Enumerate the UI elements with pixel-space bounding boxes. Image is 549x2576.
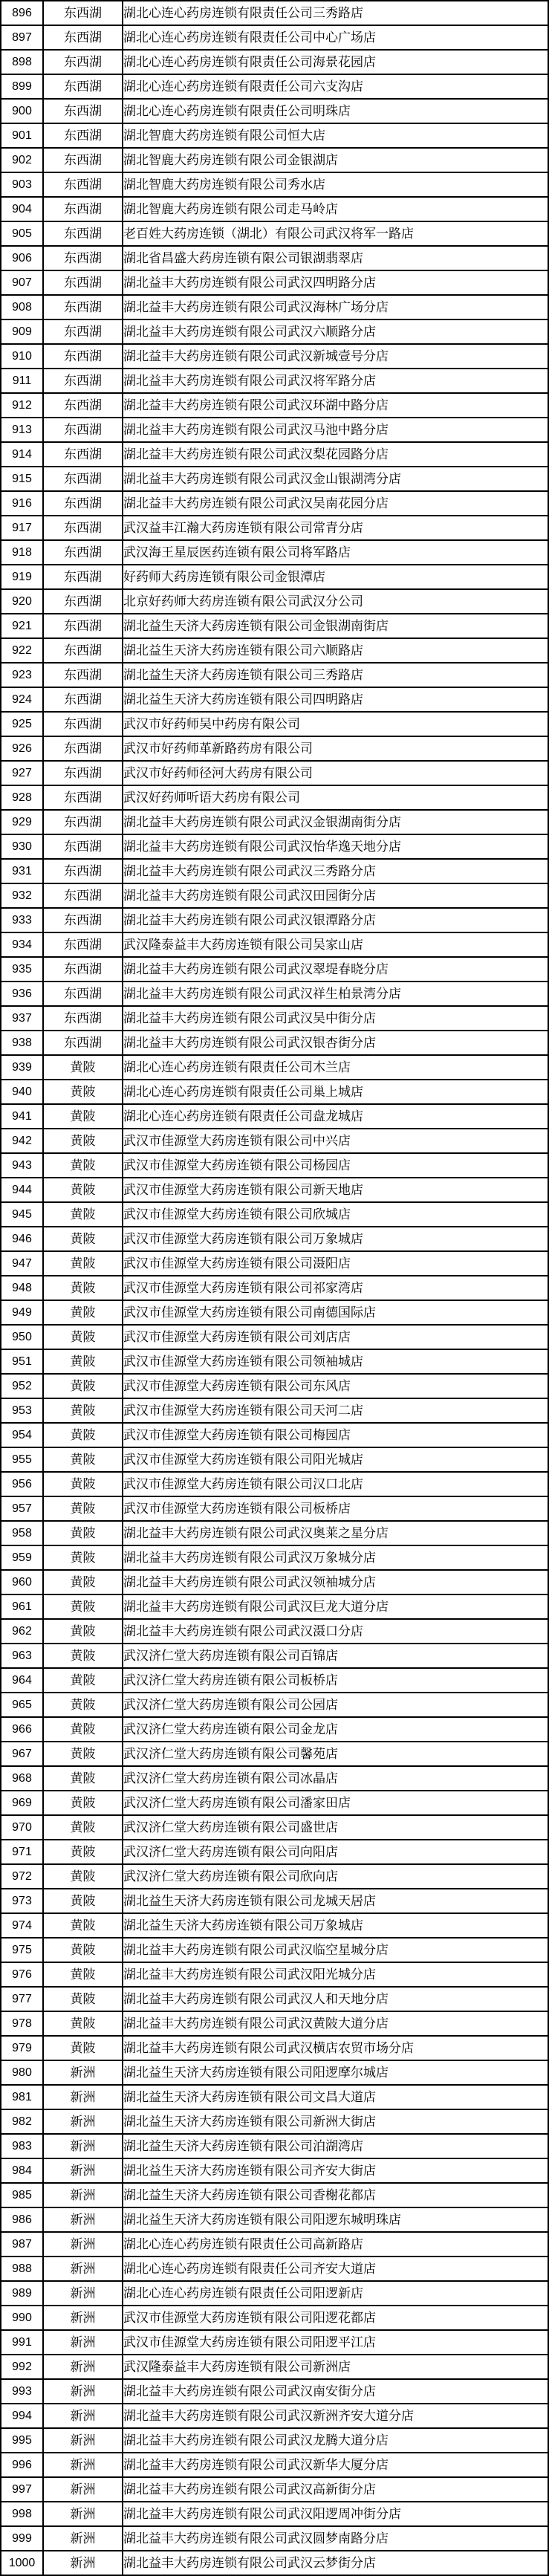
table-row: 916 东西湖 湖北益丰大药房连锁有限公司武汉吴南花园分店: [1, 491, 548, 516]
pharmacy-name-cell: 武汉市佳源堂大药房连锁有限公司天河二店: [123, 1398, 548, 1423]
row-number-cell: 961: [1, 1594, 43, 1619]
table-row: 911 东西湖 湖北益丰大药房连锁有限公司武汉将军路分店: [1, 369, 548, 393]
row-number-cell: 922: [1, 638, 43, 663]
table-row: 901 东西湖 湖北智鹿大药房连锁有限公司恒大店: [1, 123, 548, 148]
row-number-cell: 951: [1, 1349, 43, 1374]
row-number-cell: 927: [1, 761, 43, 785]
row-number-cell: 910: [1, 344, 43, 369]
district-cell: 东西湖: [43, 172, 123, 197]
table-row: 944 黄陂 武汉市佳源堂大药房连锁有限公司新天地店: [1, 1178, 548, 1202]
pharmacy-name-cell: 湖北益丰大药房连锁有限公司武汉滠口分店: [123, 1619, 548, 1644]
pharmacy-name-cell: 湖北智鹿大药房连锁有限公司秀水店: [123, 172, 548, 197]
pharmacy-name-cell: 好药师大药房连锁有限公司金银潭店: [123, 565, 548, 589]
district-cell: 东西湖: [43, 785, 123, 810]
district-cell: 黄陂: [43, 1717, 123, 1742]
district-cell: 新洲: [43, 2379, 123, 2404]
district-cell: 东西湖: [43, 221, 123, 246]
district-cell: 东西湖: [43, 736, 123, 761]
district-cell: 黄陂: [43, 1545, 123, 1570]
district-cell: 东西湖: [43, 1031, 123, 1055]
pharmacy-name-cell: 湖北益丰大药房连锁有限公司武汉阳逻周冲街分店: [123, 2502, 548, 2526]
district-cell: 黄陂: [43, 1668, 123, 1693]
table-row: 935 东西湖 湖北益丰大药房连锁有限公司武汉翠堤春晓分店: [1, 957, 548, 982]
district-cell: 新洲: [43, 2232, 123, 2257]
district-cell: 黄陂: [43, 1815, 123, 1840]
table-row: 990 新洲 武汉市佳源堂大药房连锁有限公司阳逻花都店: [1, 2306, 548, 2330]
table-row: 910 东西湖 湖北益丰大药房连锁有限公司武汉新城壹号分店: [1, 344, 548, 369]
pharmacy-name-cell: 湖北益丰大药房连锁有限公司武汉四明路分店: [123, 270, 548, 295]
pharmacy-name-cell: 湖北心连心药房连锁有限责任公司盘龙城店: [123, 1104, 548, 1129]
pharmacy-name-cell: 湖北益生天济大药房连锁有限公司四明路店: [123, 687, 548, 712]
pharmacy-name-cell: 湖北益生天济大药房连锁有限公司三秀路店: [123, 663, 548, 687]
table-row: 948 黄陂 武汉市佳源堂大药房连锁有限公司祁家湾店: [1, 1276, 548, 1300]
row-number-cell: 985: [1, 2183, 43, 2207]
district-cell: 东西湖: [43, 687, 123, 712]
pharmacy-name-cell: 湖北益丰大药房连锁有限公司武汉翠堤春晓分店: [123, 957, 548, 982]
district-cell: 东西湖: [43, 99, 123, 123]
pharmacy-name-cell: 湖北省昌盛大药房连锁有限公司银湖翡翠店: [123, 246, 548, 270]
pharmacy-name-cell: 武汉市佳源堂大药房连锁有限公司杨园店: [123, 1153, 548, 1178]
pharmacy-name-cell: 武汉市佳源堂大药房连锁有限公司新天地店: [123, 1178, 548, 1202]
district-cell: 东西湖: [43, 565, 123, 589]
district-cell: 东西湖: [43, 319, 123, 344]
table-row: 905 东西湖 老百姓大药房连锁（湖北）有限公司武汉将军一路店: [1, 221, 548, 246]
row-number-cell: 974: [1, 1913, 43, 1938]
table-row: 918 东西湖 武汉海王星辰医药连锁有限公司将军路店: [1, 540, 548, 565]
pharmacy-name-cell: 武汉市佳源堂大药房连锁有限公司南德国际店: [123, 1300, 548, 1325]
pharmacy-name-cell: 武汉市佳源堂大药房连锁有限公司阳逻平江店: [123, 2330, 548, 2355]
table-row: 994 新洲 湖北益丰大药房连锁有限公司武汉新洲齐安大道分店: [1, 2404, 548, 2428]
table-row: 969 黄陂 武汉济仁堂大药房连锁有限公司潘家田店: [1, 1791, 548, 1815]
row-number-cell: 949: [1, 1300, 43, 1325]
pharmacy-name-cell: 武汉市佳源堂大药房连锁有限公司万象城店: [123, 1227, 548, 1251]
pharmacy-name-cell: 武汉海王星辰医药连锁有限公司将军路店: [123, 540, 548, 565]
table-row: 992 新洲 武汉隆泰益丰大药房连锁有限公司新洲店: [1, 2355, 548, 2379]
table-row: 904 东西湖 湖北智鹿大药房连锁有限公司走马岭店: [1, 197, 548, 221]
district-cell: 黄陂: [43, 1349, 123, 1374]
row-number-cell: 926: [1, 736, 43, 761]
row-number-cell: 916: [1, 491, 43, 516]
row-number-cell: 994: [1, 2404, 43, 2428]
pharmacy-name-cell: 武汉市佳源堂大药房连锁有限公司板桥店: [123, 1496, 548, 1521]
district-cell: 新洲: [43, 2183, 123, 2207]
district-cell: 黄陂: [43, 1864, 123, 1889]
row-number-cell: 982: [1, 2109, 43, 2134]
pharmacy-name-cell: 湖北益生天济大药房连锁有限公司万象城店: [123, 1913, 548, 1938]
row-number-cell: 929: [1, 810, 43, 834]
pharmacy-name-cell: 湖北心连心药房连锁有限责任公司中心广场店: [123, 25, 548, 50]
table-row: 972 黄陂 武汉济仁堂大药房连锁有限公司欣向店: [1, 1864, 548, 1889]
table-row: 926 东西湖 武汉市好药师革新路药房有限公司: [1, 736, 548, 761]
district-cell: 黄陂: [43, 1791, 123, 1815]
district-cell: 东西湖: [43, 540, 123, 565]
row-number-cell: 902: [1, 148, 43, 172]
pharmacy-name-cell: 湖北益丰大药房连锁有限公司武汉奥莱之星分店: [123, 1521, 548, 1545]
table-row: 976 黄陂 湖北益丰大药房连锁有限公司武汉阳光城分店: [1, 1962, 548, 1987]
district-cell: 新洲: [43, 2085, 123, 2109]
row-number-cell: 921: [1, 614, 43, 638]
table-row: 900 东西湖 湖北心连心药房连锁有限责任公司明珠店: [1, 99, 548, 123]
row-number-cell: 968: [1, 1766, 43, 1791]
row-number-cell: 899: [1, 74, 43, 99]
pharmacy-name-cell: 湖北益丰大药房连锁有限公司武汉万象城分店: [123, 1545, 548, 1570]
district-cell: 新洲: [43, 2502, 123, 2526]
district-cell: 东西湖: [43, 295, 123, 319]
row-number-cell: 952: [1, 1374, 43, 1398]
table-row: 955 黄陂 武汉市佳源堂大药房连锁有限公司阳光城店: [1, 1447, 548, 1472]
table-row: 965 黄陂 武汉济仁堂大药房连锁有限公司公园店: [1, 1693, 548, 1717]
district-cell: 黄陂: [43, 1300, 123, 1325]
district-cell: 黄陂: [43, 1325, 123, 1349]
district-cell: 黄陂: [43, 1055, 123, 1080]
pharmacy-name-cell: 武汉济仁堂大药房连锁有限公司公园店: [123, 1693, 548, 1717]
district-cell: 黄陂: [43, 1104, 123, 1129]
district-cell: 黄陂: [43, 1202, 123, 1227]
row-number-cell: 924: [1, 687, 43, 712]
table-row: 927 东西湖 武汉市好药师径河大药房有限公司: [1, 761, 548, 785]
district-cell: 东西湖: [43, 123, 123, 148]
table-row: 921 东西湖 湖北益生天济大药房连锁有限公司金银湖南街店: [1, 614, 548, 638]
row-number-cell: 983: [1, 2134, 43, 2158]
pharmacy-name-cell: 武汉市佳源堂大药房连锁有限公司刘店店: [123, 1325, 548, 1349]
pharmacy-name-cell: 武汉市佳源堂大药房连锁有限公司东风店: [123, 1374, 548, 1398]
pharmacy-name-cell: 湖北智鹿大药房连锁有限公司恒大店: [123, 123, 548, 148]
row-number-cell: 984: [1, 2158, 43, 2183]
table-row: 988 新洲 湖北心连心药房连锁有限责任公司齐安大道店: [1, 2257, 548, 2281]
district-cell: 东西湖: [43, 25, 123, 50]
district-cell: 黄陂: [43, 1962, 123, 1987]
table-row: 946 黄陂 武汉市佳源堂大药房连锁有限公司万象城店: [1, 1227, 548, 1251]
table-row: 989 新洲 湖北心连心药房连锁有限责任公司阳逻新店: [1, 2281, 548, 2306]
pharmacy-name-cell: 湖北智鹿大药房连锁有限公司走马岭店: [123, 197, 548, 221]
table-row: 897 东西湖 湖北心连心药房连锁有限责任公司中心广场店: [1, 25, 548, 50]
row-number-cell: 955: [1, 1447, 43, 1472]
table-row: 954 黄陂 武汉市佳源堂大药房连锁有限公司梅园店: [1, 1423, 548, 1447]
row-number-cell: 972: [1, 1864, 43, 1889]
pharmacy-name-cell: 武汉济仁堂大药房连锁有限公司板桥店: [123, 1668, 548, 1693]
pharmacy-name-cell: 武汉济仁堂大药房连锁有限公司百锦店: [123, 1644, 548, 1668]
table-row: 908 东西湖 湖北益丰大药房连锁有限公司武汉海林广场分店: [1, 295, 548, 319]
table-row: 930 东西湖 湖北益丰大药房连锁有限公司武汉怡华逸天地分店: [1, 834, 548, 859]
row-number-cell: 975: [1, 1938, 43, 1962]
row-number-cell: 931: [1, 859, 43, 883]
row-number-cell: 995: [1, 2428, 43, 2453]
district-cell: 黄陂: [43, 1594, 123, 1619]
row-number-cell: 986: [1, 2207, 43, 2232]
row-number-cell: 913: [1, 418, 43, 442]
table-row: 1000 新洲 湖北益丰大药房连锁有限公司武汉云梦街分店: [1, 2551, 548, 2575]
pharmacy-name-cell: 湖北益丰大药房连锁有限公司武汉田园街分店: [123, 883, 548, 908]
district-cell: 东西湖: [43, 834, 123, 859]
row-number-cell: 960: [1, 1570, 43, 1594]
table-row: 909 东西湖 湖北益丰大药房连锁有限公司武汉六顺路分店: [1, 319, 548, 344]
table-row: 979 黄陂 湖北益丰大药房连锁有限公司武汉横店农贸市场分店: [1, 2036, 548, 2060]
table-row: 947 黄陂 武汉市佳源堂大药房连锁有限公司滠阳店: [1, 1251, 548, 1276]
pharmacy-name-cell: 湖北益丰大药房连锁有限公司武汉龙腾大道分店: [123, 2428, 548, 2453]
table-row: 938 东西湖 湖北益丰大药房连锁有限公司武汉银杏街分店: [1, 1031, 548, 1055]
table-row: 924 东西湖 湖北益生天济大药房连锁有限公司四明路店: [1, 687, 548, 712]
table-row: 971 黄陂 武汉济仁堂大药房连锁有限公司向阳店: [1, 1840, 548, 1864]
row-number-cell: 957: [1, 1496, 43, 1521]
pharmacy-name-cell: 湖北益生天济大药房连锁有限公司香榭花都店: [123, 2183, 548, 2207]
table-row: 958 黄陂 湖北益丰大药房连锁有限公司武汉奥莱之星分店: [1, 1521, 548, 1545]
district-cell: 东西湖: [43, 148, 123, 172]
district-cell: 东西湖: [43, 859, 123, 883]
row-number-cell: 901: [1, 123, 43, 148]
row-number-cell: 915: [1, 467, 43, 491]
row-number-cell: 992: [1, 2355, 43, 2379]
pharmacy-name-cell: 湖北益丰大药房连锁有限公司武汉人和天地分店: [123, 1987, 548, 2011]
pharmacy-name-cell: 武汉隆泰益丰大药房连锁有限公司新洲店: [123, 2355, 548, 2379]
table-row: 952 黄陂 武汉市佳源堂大药房连锁有限公司东风店: [1, 1374, 548, 1398]
table-row: 932 东西湖 湖北益丰大药房连锁有限公司武汉田园街分店: [1, 883, 548, 908]
table-row: 907 东西湖 湖北益丰大药房连锁有限公司武汉四明路分店: [1, 270, 548, 295]
pharmacy-name-cell: 武汉济仁堂大药房连锁有限公司冰晶店: [123, 1766, 548, 1791]
pharmacy-name-cell: 武汉济仁堂大药房连锁有限公司盛世店: [123, 1815, 548, 1840]
table-row: 949 黄陂 武汉市佳源堂大药房连锁有限公司南德国际店: [1, 1300, 548, 1325]
pharmacy-name-cell: 武汉济仁堂大药房连锁有限公司馨苑店: [123, 1742, 548, 1766]
table-row: 914 东西湖 湖北益丰大药房连锁有限公司武汉梨花园路分店: [1, 442, 548, 467]
table-row: 961 黄陂 湖北益丰大药房连锁有限公司武汉巨龙大道分店: [1, 1594, 548, 1619]
row-number-cell: 970: [1, 1815, 43, 1840]
row-number-cell: 925: [1, 712, 43, 736]
pharmacy-name-cell: 湖北益丰大药房连锁有限公司武汉银杏街分店: [123, 1031, 548, 1055]
district-cell: 东西湖: [43, 1006, 123, 1031]
pharmacy-name-cell: 武汉济仁堂大药房连锁有限公司潘家田店: [123, 1791, 548, 1815]
row-number-cell: 903: [1, 172, 43, 197]
district-cell: 东西湖: [43, 418, 123, 442]
district-cell: 黄陂: [43, 1227, 123, 1251]
table-row: 964 黄陂 武汉济仁堂大药房连锁有限公司板桥店: [1, 1668, 548, 1693]
table-row: 986 新洲 湖北益生天济大药房连锁有限公司阳逻东城明珠店: [1, 2207, 548, 2232]
row-number-cell: 1000: [1, 2551, 43, 2575]
table-row: 931 东西湖 湖北益丰大药房连锁有限公司武汉三秀路分店: [1, 859, 548, 883]
table-row: 929 东西湖 湖北益丰大药房连锁有限公司武汉金银湖南街分店: [1, 810, 548, 834]
table-row: 981 新洲 湖北益生天济大药房连锁有限公司文昌大道店: [1, 2085, 548, 2109]
district-cell: 东西湖: [43, 467, 123, 491]
row-number-cell: 943: [1, 1153, 43, 1178]
pharmacy-name-cell: 武汉隆泰益丰大药房连锁有限公司吴家山店: [123, 932, 548, 957]
pharmacy-name-cell: 湖北益丰大药房连锁有限公司武汉领袖城分店: [123, 1570, 548, 1594]
district-cell: 东西湖: [43, 1, 123, 25]
pharmacy-name-cell: 武汉济仁堂大药房连锁有限公司向阳店: [123, 1840, 548, 1864]
row-number-cell: 954: [1, 1423, 43, 1447]
row-number-cell: 908: [1, 295, 43, 319]
table-row: 997 新洲 湖北益丰大药房连锁有限公司武汉高新街分店: [1, 2477, 548, 2502]
row-number-cell: 917: [1, 516, 43, 540]
table-row: 963 黄陂 武汉济仁堂大药房连锁有限公司百锦店: [1, 1644, 548, 1668]
table-row: 995 新洲 湖北益丰大药房连锁有限公司武汉龙腾大道分店: [1, 2428, 548, 2453]
row-number-cell: 932: [1, 883, 43, 908]
row-number-cell: 959: [1, 1545, 43, 1570]
pharmacy-name-cell: 湖北益丰大药房连锁有限公司武汉南安街分店: [123, 2379, 548, 2404]
pharmacy-name-cell: 湖北益丰大药房连锁有限公司武汉怡华逸天地分店: [123, 834, 548, 859]
row-number-cell: 965: [1, 1693, 43, 1717]
pharmacy-name-cell: 湖北益丰大药房连锁有限公司武汉新洲齐安大道分店: [123, 2404, 548, 2428]
pharmacy-name-cell: 湖北心连心药房连锁有限责任公司阳逻新店: [123, 2281, 548, 2306]
pharmacy-name-cell: 武汉济仁堂大药房连锁有限公司欣向店: [123, 1864, 548, 1889]
row-number-cell: 920: [1, 589, 43, 614]
table-row: 899 东西湖 湖北心连心药房连锁有限责任公司六支沟店: [1, 74, 548, 99]
pharmacy-name-cell: 湖北益丰大药房连锁有限公司武汉吴中街分店: [123, 1006, 548, 1031]
row-number-cell: 996: [1, 2453, 43, 2477]
row-number-cell: 948: [1, 1276, 43, 1300]
row-number-cell: 953: [1, 1398, 43, 1423]
district-cell: 新洲: [43, 2306, 123, 2330]
table-row: 934 东西湖 武汉隆泰益丰大药房连锁有限公司吴家山店: [1, 932, 548, 957]
district-cell: 东西湖: [43, 957, 123, 982]
district-cell: 新洲: [43, 2134, 123, 2158]
table-row: 945 黄陂 武汉市佳源堂大药房连锁有限公司欣城店: [1, 1202, 548, 1227]
row-number-cell: 940: [1, 1080, 43, 1104]
row-number-cell: 997: [1, 2477, 43, 2502]
row-number-cell: 906: [1, 246, 43, 270]
row-number-cell: 980: [1, 2060, 43, 2085]
pharmacy-list-table: 896 东西湖 湖北心连心药房连锁有限责任公司三秀路店 897 东西湖 湖北心连…: [0, 0, 549, 2576]
district-cell: 黄陂: [43, 1742, 123, 1766]
table-row: 920 东西湖 北京好药师大药房连锁有限公司武汉分公司: [1, 589, 548, 614]
district-cell: 东西湖: [43, 589, 123, 614]
table-row: 940 黄陂 湖北心连心药房连锁有限责任公司巢上城店: [1, 1080, 548, 1104]
pharmacy-name-cell: 武汉益丰江瀚大药房连锁有限公司常青分店: [123, 516, 548, 540]
pharmacy-name-cell: 武汉市佳源堂大药房连锁有限公司汉口北店: [123, 1472, 548, 1496]
row-number-cell: 914: [1, 442, 43, 467]
table-row: 913 东西湖 湖北益丰大药房连锁有限公司武汉马池中路分店: [1, 418, 548, 442]
table-row: 933 东西湖 湖北益丰大药房连锁有限公司武汉银潭路分店: [1, 908, 548, 932]
row-number-cell: 998: [1, 2502, 43, 2526]
district-cell: 东西湖: [43, 516, 123, 540]
row-number-cell: 969: [1, 1791, 43, 1815]
pharmacy-name-cell: 湖北益生天济大药房连锁有限公司金银湖南街店: [123, 614, 548, 638]
row-number-cell: 990: [1, 2306, 43, 2330]
row-number-cell: 909: [1, 319, 43, 344]
table-row: 967 黄陂 武汉济仁堂大药房连锁有限公司馨苑店: [1, 1742, 548, 1766]
row-number-cell: 923: [1, 663, 43, 687]
pharmacy-name-cell: 武汉市好药师革新路药房有限公司: [123, 736, 548, 761]
district-cell: 黄陂: [43, 1276, 123, 1300]
row-number-cell: 978: [1, 2011, 43, 2036]
pharmacy-name-cell: 武汉济仁堂大药房连锁有限公司金龙店: [123, 1717, 548, 1742]
pharmacy-name-cell: 武汉好药师听语大药房有限公司: [123, 785, 548, 810]
district-cell: 新洲: [43, 2453, 123, 2477]
district-cell: 新洲: [43, 2551, 123, 2575]
row-number-cell: 942: [1, 1129, 43, 1153]
table-row: 928 东西湖 武汉好药师听语大药房有限公司: [1, 785, 548, 810]
table-row: 966 黄陂 武汉济仁堂大药房连锁有限公司金龙店: [1, 1717, 548, 1742]
table-row: 974 黄陂 湖北益生天济大药房连锁有限公司万象城店: [1, 1913, 548, 1938]
row-number-cell: 947: [1, 1251, 43, 1276]
table-row: 915 东西湖 湖北益丰大药房连锁有限公司武汉金山银湖湾分店: [1, 467, 548, 491]
district-cell: 黄陂: [43, 1080, 123, 1104]
pharmacy-name-cell: 湖北益丰大药房连锁有限公司武汉高新街分店: [123, 2477, 548, 2502]
district-cell: 黄陂: [43, 1178, 123, 1202]
row-number-cell: 976: [1, 1962, 43, 1987]
table-row: 922 东西湖 湖北益生天济大药房连锁有限公司六顺路店: [1, 638, 548, 663]
district-cell: 新洲: [43, 2526, 123, 2551]
row-number-cell: 933: [1, 908, 43, 932]
pharmacy-name-cell: 湖北益丰大药房连锁有限公司武汉将军路分店: [123, 369, 548, 393]
row-number-cell: 993: [1, 2379, 43, 2404]
district-cell: 黄陂: [43, 1423, 123, 1447]
table-row: 968 黄陂 武汉济仁堂大药房连锁有限公司冰晶店: [1, 1766, 548, 1791]
pharmacy-name-cell: 湖北益丰大药房连锁有限公司武汉金山银湖湾分店: [123, 467, 548, 491]
pharmacy-name-cell: 湖北益生天济大药房连锁有限公司阳逻摩尔城店: [123, 2060, 548, 2085]
district-cell: 东西湖: [43, 614, 123, 638]
pharmacy-name-cell: 湖北益丰大药房连锁有限公司武汉梨花园路分店: [123, 442, 548, 467]
district-cell: 黄陂: [43, 1153, 123, 1178]
district-cell: 黄陂: [43, 1447, 123, 1472]
row-number-cell: 897: [1, 25, 43, 50]
pharmacy-name-cell: 武汉市佳源堂大药房连锁有限公司欣城店: [123, 1202, 548, 1227]
row-number-cell: 981: [1, 2085, 43, 2109]
district-cell: 东西湖: [43, 638, 123, 663]
row-number-cell: 935: [1, 957, 43, 982]
district-cell: 新洲: [43, 2281, 123, 2306]
pharmacy-name-cell: 湖北益丰大药房连锁有限公司武汉马池中路分店: [123, 418, 548, 442]
district-cell: 黄陂: [43, 1693, 123, 1717]
table-row: 973 黄陂 湖北益生天济大药房连锁有限公司龙城天居店: [1, 1889, 548, 1913]
table-row: 996 新洲 湖北益丰大药房连锁有限公司武汉新华大厦分店: [1, 2453, 548, 2477]
district-cell: 黄陂: [43, 1570, 123, 1594]
pharmacy-name-cell: 湖北益丰大药房连锁有限公司武汉三秀路分店: [123, 859, 548, 883]
district-cell: 东西湖: [43, 883, 123, 908]
table-row: 987 新洲 湖北心连心药房连锁有限责任公司高新路店: [1, 2232, 548, 2257]
row-number-cell: 967: [1, 1742, 43, 1766]
district-cell: 新洲: [43, 2330, 123, 2355]
district-cell: 新洲: [43, 2158, 123, 2183]
district-cell: 东西湖: [43, 810, 123, 834]
table-row: 975 黄陂 湖北益丰大药房连锁有限公司武汉临空星城分店: [1, 1938, 548, 1962]
district-cell: 东西湖: [43, 270, 123, 295]
district-cell: 黄陂: [43, 1840, 123, 1864]
pharmacy-name-cell: 湖北心连心药房连锁有限责任公司三秀路店: [123, 1, 548, 25]
district-cell: 新洲: [43, 2060, 123, 2085]
district-cell: 东西湖: [43, 369, 123, 393]
row-number-cell: 896: [1, 1, 43, 25]
district-cell: 新洲: [43, 2477, 123, 2502]
row-number-cell: 988: [1, 2257, 43, 2281]
row-number-cell: 944: [1, 1178, 43, 1202]
table-row: 923 东西湖 湖北益生天济大药房连锁有限公司三秀路店: [1, 663, 548, 687]
table-row: 970 黄陂 武汉济仁堂大药房连锁有限公司盛世店: [1, 1815, 548, 1840]
row-number-cell: 971: [1, 1840, 43, 1864]
district-cell: 黄陂: [43, 1129, 123, 1153]
pharmacy-name-cell: 湖北益生天济大药房连锁有限公司龙城天居店: [123, 1889, 548, 1913]
pharmacy-name-cell: 湖北心连心药房连锁有限责任公司高新路店: [123, 2232, 548, 2257]
pharmacy-name-cell: 湖北心连心药房连锁有限责任公司六支沟店: [123, 74, 548, 99]
district-cell: 东西湖: [43, 197, 123, 221]
district-cell: 东西湖: [43, 491, 123, 516]
pharmacy-name-cell: 湖北益生天济大药房连锁有限公司新洲大街店: [123, 2109, 548, 2134]
district-cell: 东西湖: [43, 712, 123, 736]
table-row: 993 新洲 湖北益丰大药房连锁有限公司武汉南安街分店: [1, 2379, 548, 2404]
row-number-cell: 905: [1, 221, 43, 246]
row-number-cell: 987: [1, 2232, 43, 2257]
district-cell: 东西湖: [43, 344, 123, 369]
table-row: 937 东西湖 湖北益丰大药房连锁有限公司武汉吴中街分店: [1, 1006, 548, 1031]
district-cell: 黄陂: [43, 1496, 123, 1521]
pharmacy-name-cell: 湖北益丰大药房连锁有限公司武汉圆梦南路分店: [123, 2526, 548, 2551]
table-row: 903 东西湖 湖北智鹿大药房连锁有限公司秀水店: [1, 172, 548, 197]
pharmacy-name-cell: 湖北益丰大药房连锁有限公司武汉新城壹号分店: [123, 344, 548, 369]
table-row: 898 东西湖 湖北心连心药房连锁有限责任公司海景花园店: [1, 50, 548, 74]
pharmacy-name-cell: 老百姓大药房连锁（湖北）有限公司武汉将军一路店: [123, 221, 548, 246]
pharmacy-name-cell: 湖北益丰大药房连锁有限公司武汉六顺路分店: [123, 319, 548, 344]
district-cell: 黄陂: [43, 1766, 123, 1791]
district-cell: 黄陂: [43, 1374, 123, 1398]
district-cell: 东西湖: [43, 74, 123, 99]
pharmacy-name-cell: 武汉市佳源堂大药房连锁有限公司滠阳店: [123, 1251, 548, 1276]
